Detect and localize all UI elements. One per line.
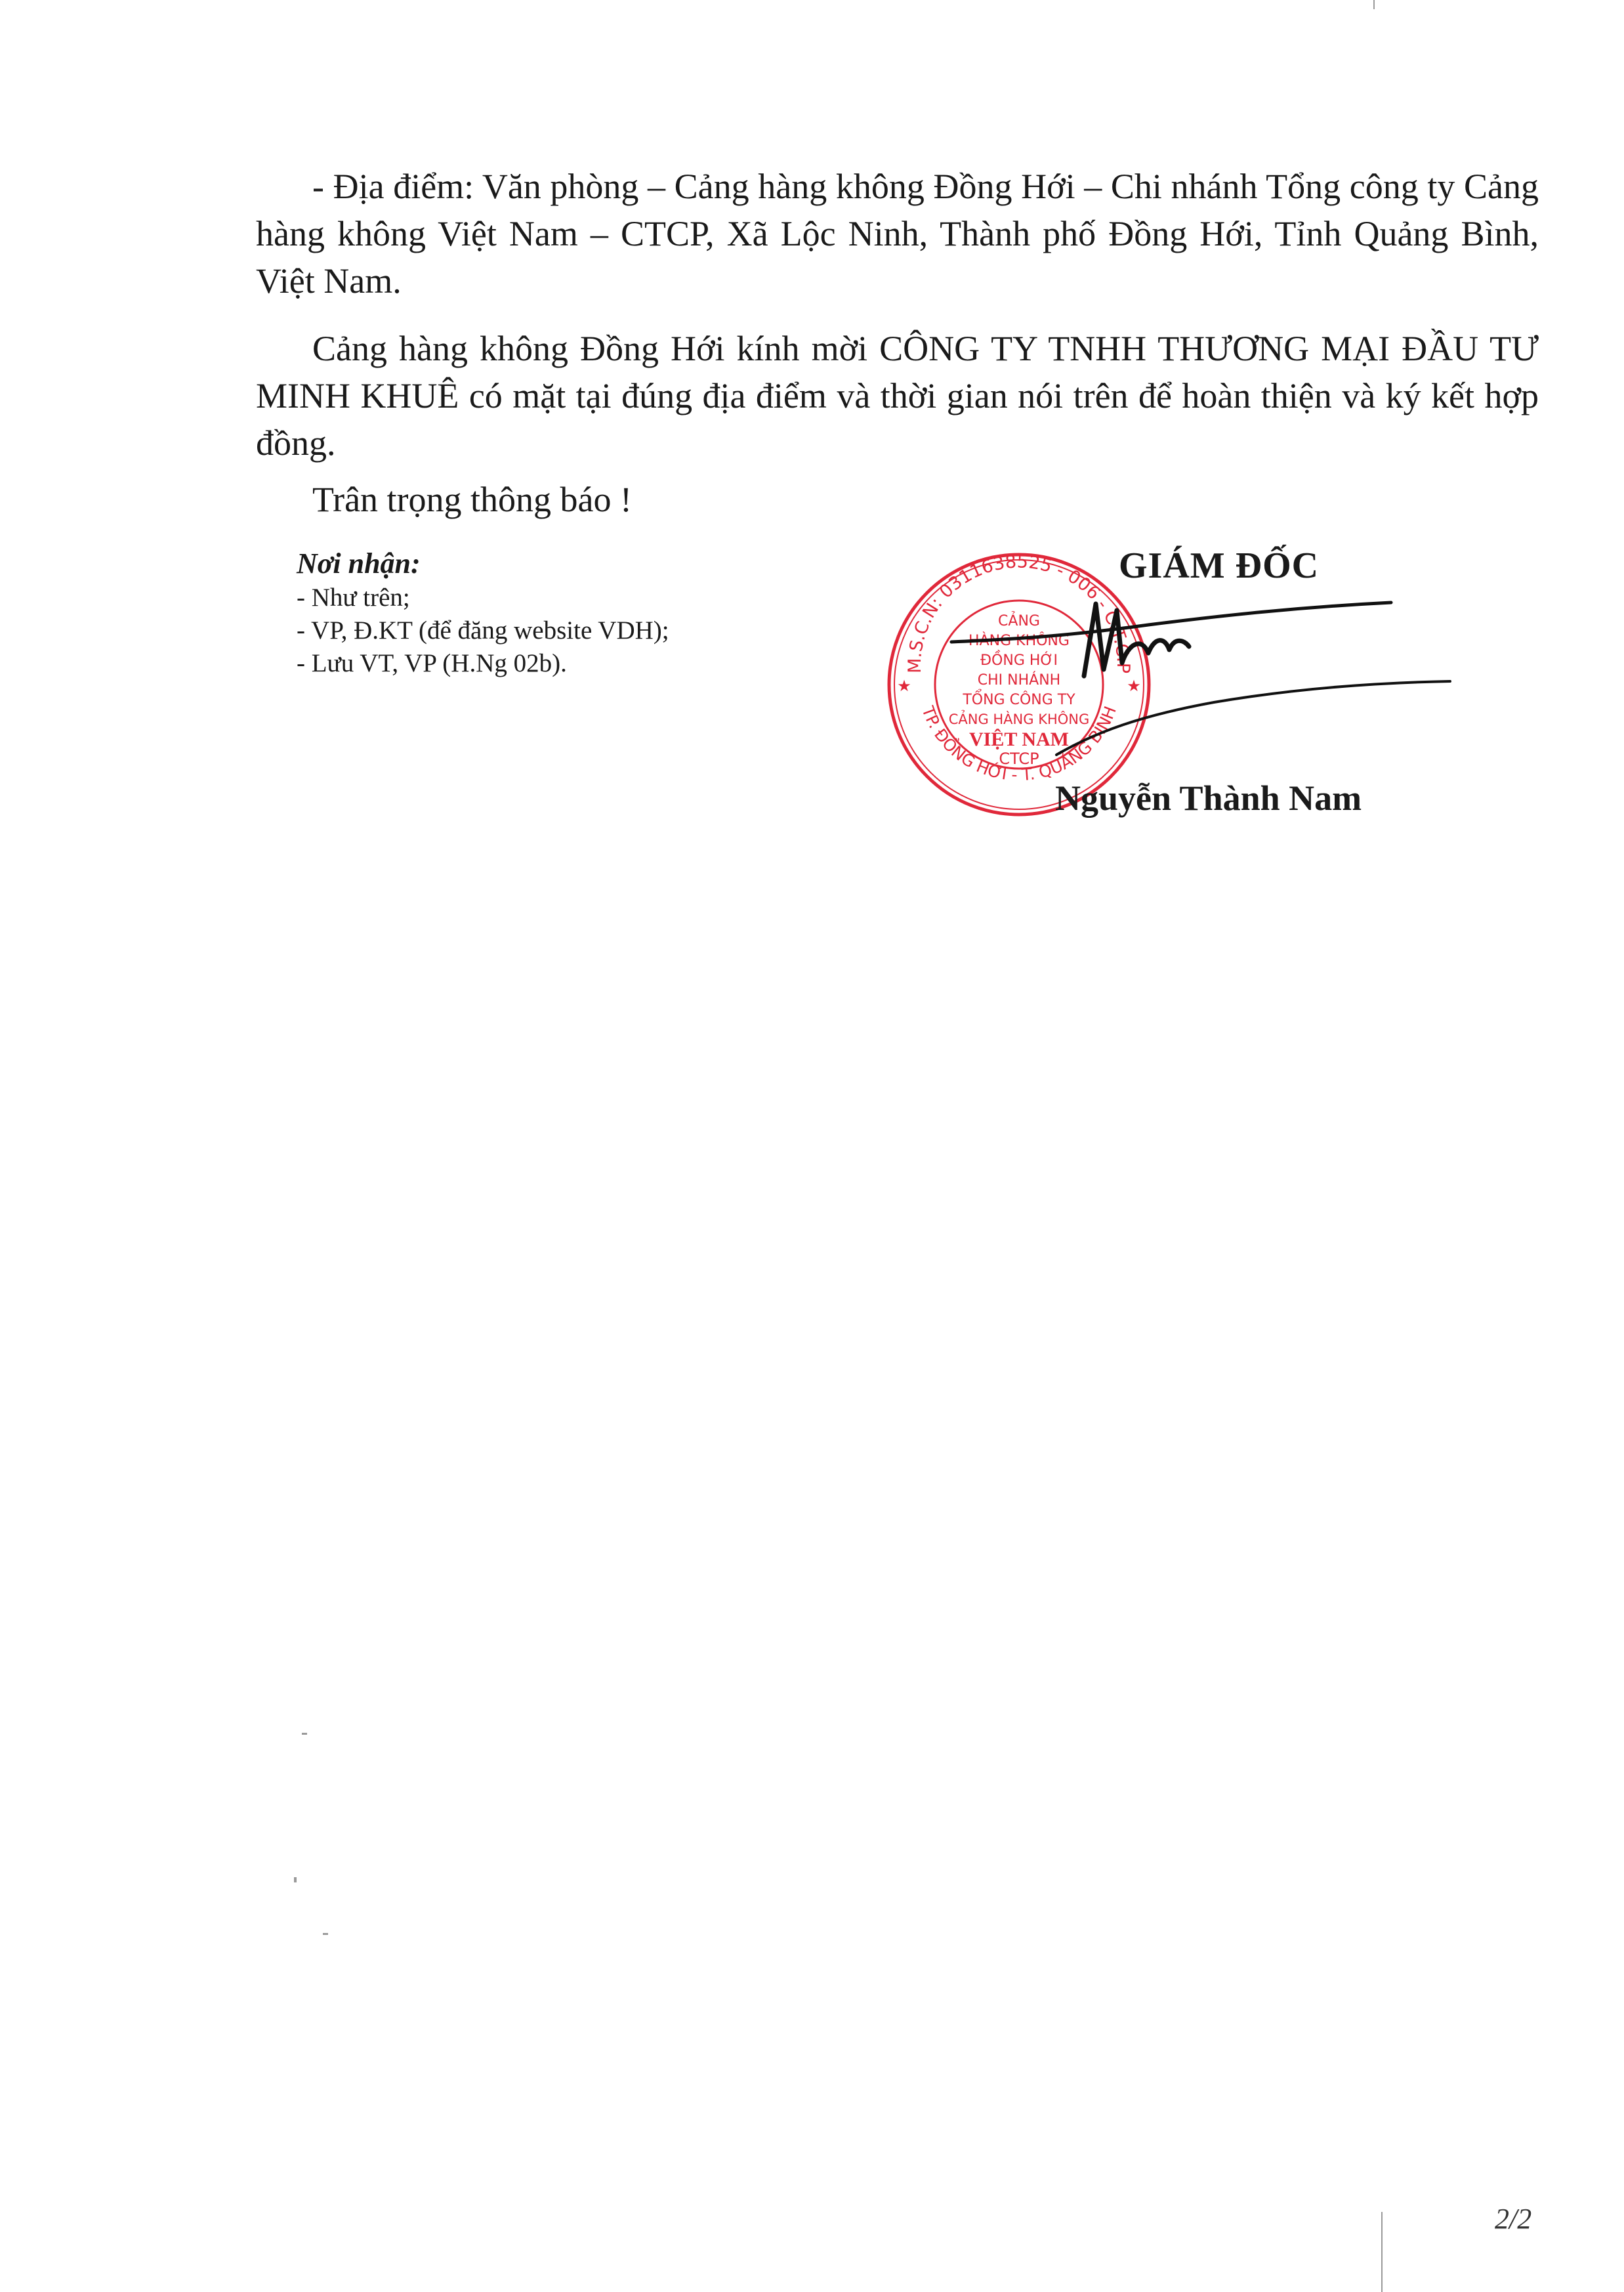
recipients-block: Nơi nhận: - Như trên; - VP, Đ.KT (để đăn… [297,546,669,680]
stamp-star-left-icon: ★ [897,677,911,695]
recipient-item: - VP, Đ.KT (để đăng website VDH); [297,614,669,647]
recipient-item: - Như trên; [297,582,669,614]
closing-text: Trân trọng thông báo ! [256,476,1539,523]
scan-artifact [294,1877,297,1882]
invitation-paragraph: Cảng hàng không Đồng Hới kính mời CÔNG T… [256,325,1539,467]
recipients-title: Nơi nhận: [297,546,669,582]
closing-paragraph: Trân trọng thông báo ! [256,476,1539,523]
location-text: - Địa điểm: Văn phòng – Cảng hàng không … [256,163,1539,305]
signer-name: Nguyễn Thành Nam [1055,778,1362,818]
scan-artifact [1381,2212,1383,2292]
recipient-item: - Lưu VT, VP (H.Ng 02b). [297,647,669,680]
handwritten-signature-icon [932,591,1470,775]
scan-artifact [302,1733,307,1735]
invitation-text: Cảng hàng không Đồng Hới kính mời CÔNG T… [256,325,1539,467]
page-number: 2/2 [1495,2202,1531,2236]
location-paragraph: - Địa điểm: Văn phòng – Cảng hàng không … [256,163,1539,305]
scan-artifact [323,1933,328,1935]
scan-artifact [1373,0,1375,9]
